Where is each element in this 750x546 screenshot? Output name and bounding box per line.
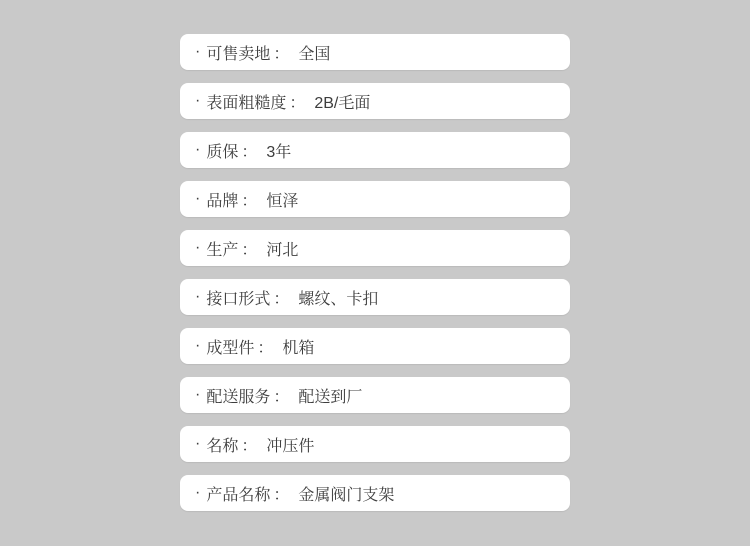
attribute-row-product-name: · 产品名称 ： 金属阀门支架 [180, 475, 570, 511]
attribute-row-name: · 名称 ： 冲压件 [180, 426, 570, 462]
attribute-value: 河北 [266, 237, 298, 260]
bullet-icon: · [195, 337, 200, 355]
bullet-icon: · [195, 288, 200, 306]
separator: ： [241, 139, 257, 162]
bullet-icon: · [195, 141, 200, 159]
attribute-label: 接口形式 [206, 286, 270, 309]
attribute-row-saleable-area: · 可售卖地 ： 全国 [180, 34, 570, 70]
attribute-label: 名称 [206, 433, 238, 456]
attribute-value: 金属阀门支架 [298, 482, 394, 505]
bullet-icon: · [195, 386, 200, 404]
attribute-value: 配送到厂 [298, 384, 362, 407]
attribute-row-production: · 生产 ： 河北 [180, 230, 570, 266]
separator: ： [257, 335, 273, 358]
separator: ： [273, 384, 289, 407]
attribute-label: 品牌 [206, 188, 238, 211]
attribute-value: 机箱 [282, 335, 314, 358]
attribute-value: 冲压件 [266, 433, 314, 456]
attribute-label: 质保 [206, 139, 238, 162]
separator: ： [273, 482, 289, 505]
attribute-row-surface-roughness: · 表面粗糙度 ： 2B/毛面 [180, 83, 570, 119]
attribute-value: 螺纹、卡扣 [298, 286, 378, 309]
attribute-row-delivery-service: · 配送服务 ： 配送到厂 [180, 377, 570, 413]
attribute-row-warranty: · 质保 ： 3年 [180, 132, 570, 168]
attribute-label: 可售卖地 [206, 41, 270, 64]
attribute-label: 配送服务 [206, 384, 270, 407]
attribute-label: 产品名称 [206, 482, 270, 505]
bullet-icon: · [195, 435, 200, 453]
attribute-row-molded-part: · 成型件 ： 机箱 [180, 328, 570, 364]
separator: ： [241, 237, 257, 260]
separator: ： [273, 286, 289, 309]
product-attribute-list: · 可售卖地 ： 全国 · 表面粗糙度 ： 2B/毛面 · 质保 ： 3年 · … [180, 34, 570, 524]
bullet-icon: · [195, 190, 200, 208]
separator: ： [241, 433, 257, 456]
attribute-label: 生产 [206, 237, 238, 260]
attribute-value: 恒泽 [266, 188, 298, 211]
separator: ： [273, 41, 289, 64]
bullet-icon: · [195, 92, 200, 110]
attribute-label: 成型件 [206, 335, 254, 358]
attribute-value: 全国 [298, 41, 330, 64]
attribute-row-brand: · 品牌 ： 恒泽 [180, 181, 570, 217]
separator: ： [241, 188, 257, 211]
bullet-icon: · [195, 43, 200, 61]
attribute-value: 2B/毛面 [314, 90, 370, 113]
attribute-value: 3年 [266, 139, 291, 162]
bullet-icon: · [195, 484, 200, 502]
attribute-label: 表面粗糙度 [206, 90, 286, 113]
bullet-icon: · [195, 239, 200, 257]
attribute-row-interface-type: · 接口形式 ： 螺纹、卡扣 [180, 279, 570, 315]
separator: ： [289, 90, 305, 113]
